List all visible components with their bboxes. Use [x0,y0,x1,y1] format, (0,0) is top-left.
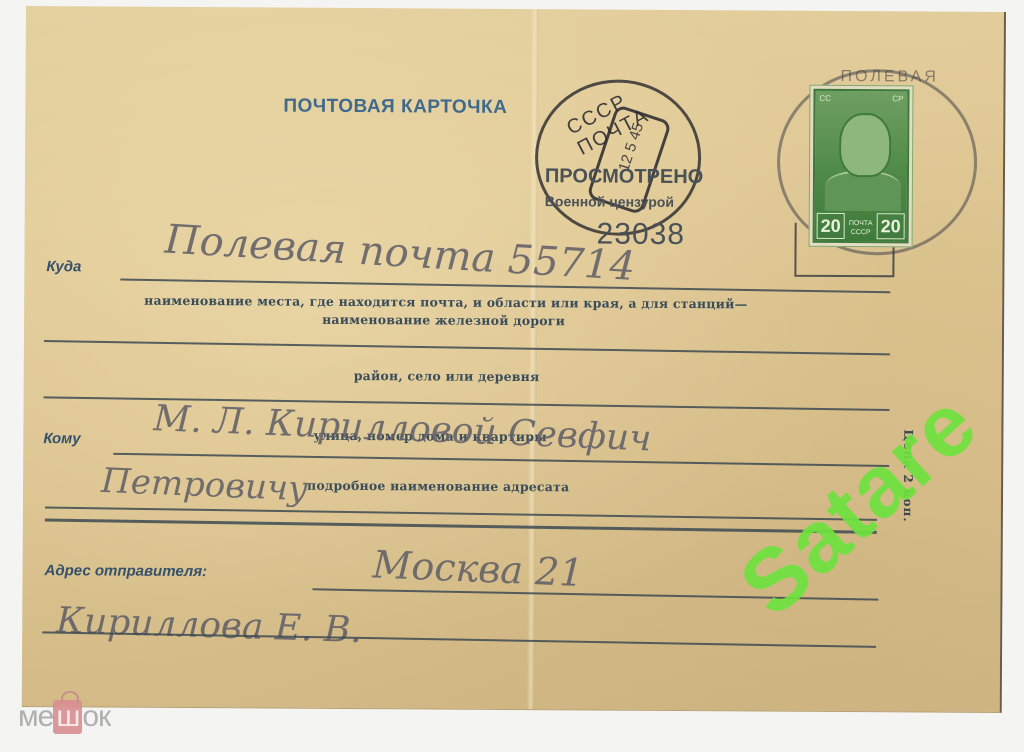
to-where-hint-3: район, село или деревня [354,368,540,384]
to-whom-hint: подробное наименование адресата [307,478,569,495]
postage-stamp: СС СР 20 ПОЧТА СССР 20 [809,85,914,248]
to-whom-handwriting-2: Петровичу [100,461,308,509]
stamp-country-right: СР [892,94,903,103]
stamp-value-right: 20 [877,213,905,239]
to-whom-rule [113,453,889,467]
meshok-logo-part: ок [82,700,110,733]
fold-crease [527,9,539,709]
postcard-title: ПОЧТОВАЯ КАРТОЧКА [283,96,507,119]
to-whom-handwriting-1: М. Л. Кирилловой Севфич [153,398,653,459]
bag-icon: ш [53,700,82,734]
postmark-ussr-post: СССР ПОЧТА 12 5 45 [535,79,702,236]
to-whom-label: Кому [43,430,80,447]
postcard: ПОЧТОВАЯ КАРТОЧКА СССР ПОЧТА 12 5 45 ПРО… [22,6,1006,713]
censor-stamp-line1: ПРОСМОТРЕНО [545,165,703,189]
meshok-logo-watermark: мешок [18,700,110,734]
sender-handwriting-1: Москва 21 [372,542,585,595]
stamp-value-left: 20 [817,213,845,239]
stamp-country-left: СС [819,94,831,103]
to-where-handwriting: Полевая почта 55714 [164,217,637,290]
to-where-label: Куда [46,258,81,275]
line-rule-5 [45,506,877,520]
censor-stamp-line2: Военной цензурой [545,193,674,210]
stamp-center-label: ПОЧТА СССР [845,219,877,237]
stamp-portrait-head [839,113,891,177]
to-where-hint-1: наименование места, где находится почта,… [144,293,747,312]
to-where-hint-2: наименование железной дороги [322,312,565,328]
sender-label: Адрес отправителя: [44,562,207,580]
stamp-image: СС СР 20 ПОЧТА СССР 20 [813,89,910,244]
sender-handwriting-2: Кириллова Е. В. [56,600,363,651]
meshok-logo-part: ме [18,700,53,733]
line-rule-2 [44,340,890,355]
